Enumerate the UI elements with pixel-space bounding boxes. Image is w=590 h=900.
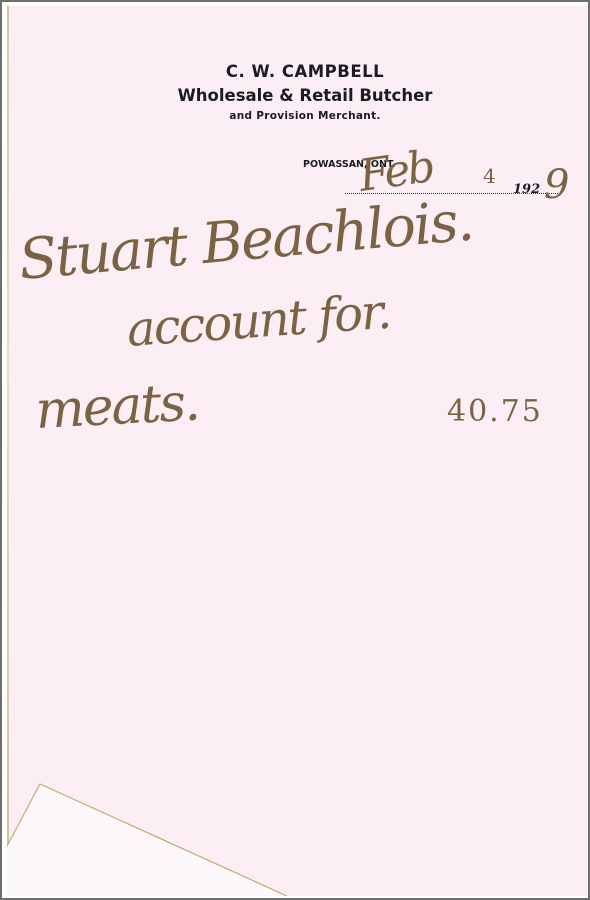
handwritten-item-meats: meats. (34, 373, 200, 441)
letterhead-subtitle: and Provision Merchant. (15, 110, 587, 122)
printed-year-prefix: 192 (513, 182, 540, 197)
letterhead-trade: Wholesale & Retail Butcher (15, 86, 587, 105)
handwritten-customer-name: Stuart Beachlois. (16, 189, 475, 293)
handwritten-account-for: account for. (125, 284, 392, 358)
handwritten-amount: 40.75 (447, 394, 543, 429)
handwritten-day: 4 (483, 164, 496, 188)
paper-left-edge (7, 6, 9, 896)
letterhead-paper: C. W. CAMPBELL Wholesale & Retail Butche… (7, 6, 587, 896)
handwritten-year-digit: 9 (544, 162, 569, 208)
image-frame: C. W. CAMPBELL Wholesale & Retail Butche… (2, 2, 588, 898)
letterhead-business-name: C. W. CAMPBELL (15, 62, 587, 81)
folded-corner-shape (7, 6, 587, 896)
